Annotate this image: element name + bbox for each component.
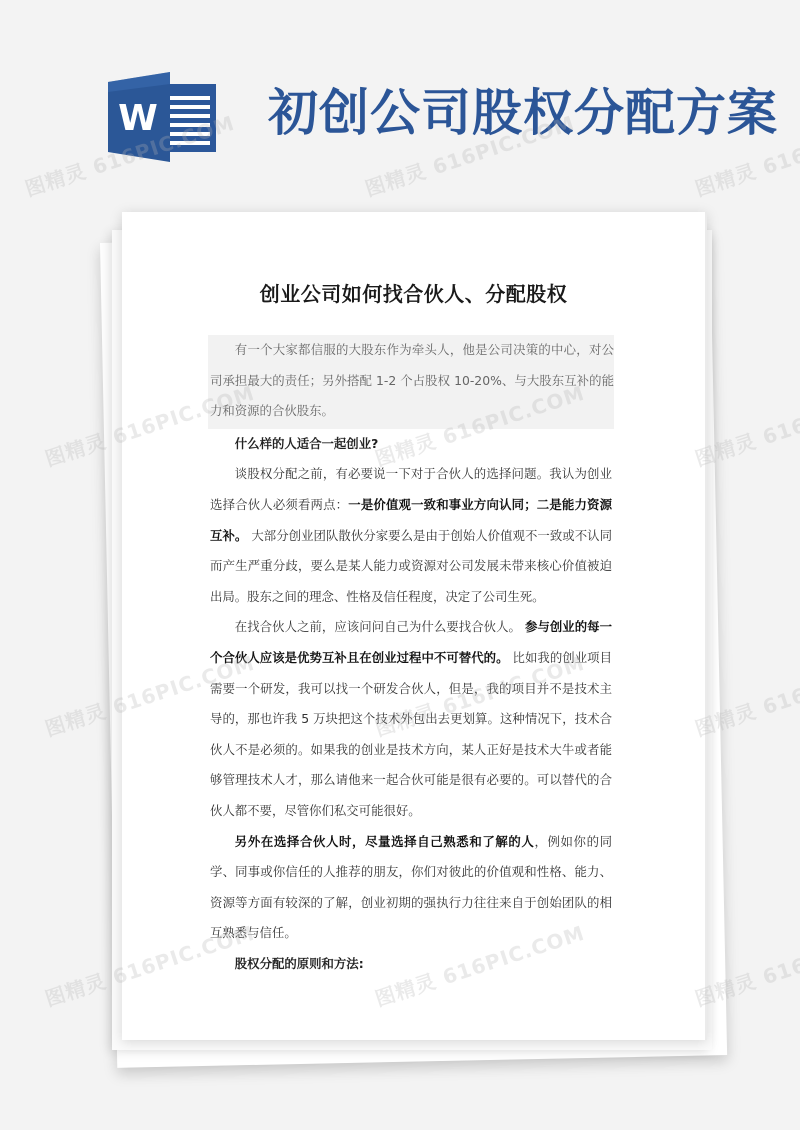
- section-heading-equity: 股权分配的原则和方法:: [210, 949, 612, 980]
- text-span: 大部分创业团队散伙分家要么是由于创始人价值观不一致或不认同而产生严重分歧，要么是…: [210, 528, 612, 604]
- paragraph-familiar-people: 另外在选择合伙人时，尽量选择自己熟悉和了解的人，例如你的同学、同事或你信任的人推…: [210, 827, 612, 949]
- text-span: 在找合伙人之前，应该问问自己为什么要找合伙人。: [235, 619, 525, 634]
- text-span: 比如我的创业项目需要一个研发，我可以找一个研发合伙人，但是，我的项目并不是技术主…: [210, 650, 612, 818]
- banner-title: 初创公司股权分配方案: [268, 78, 778, 148]
- document-page: 创业公司如何找合伙人、分配股权 有一个大家都信服的大股东作为牵头人，他是公司决策…: [122, 212, 707, 1040]
- section-heading-partners: 什么样的人适合一起创业?: [210, 429, 612, 460]
- paragraph-partner-selection: 谈股权分配之前，有必要说一下对于合伙人的选择问题。我认为创业选择合伙人必须看两点…: [210, 459, 612, 612]
- header: W 初创公司股权分配方案: [0, 0, 800, 180]
- svg-text:W: W: [118, 98, 158, 139]
- document-body: 有一个大家都信服的大股东作为牵头人，他是公司决策的中心，对公司承担最大的责任；另…: [210, 335, 612, 979]
- intro-highlight-block: 有一个大家都信服的大股东作为牵头人，他是公司决策的中心，对公司承担最大的责任；另…: [208, 335, 614, 429]
- bold-text: 另外在选择合伙人时，尽量选择自己熟悉和了解的人: [235, 834, 535, 849]
- intro-paragraph: 有一个大家都信服的大股东作为牵头人，他是公司决策的中心，对公司承担最大的责任；另…: [210, 335, 614, 427]
- paragraph-why-partner: 在找合伙人之前，应该问问自己为什么要找合伙人。 参与创业的每一个合伙人应该是优势…: [210, 612, 612, 826]
- word-icon: W: [108, 72, 216, 162]
- document-title: 创业公司如何找合伙人、分配股权: [122, 278, 705, 307]
- text-span: ，例如你的同学、同事或你信任的人推荐的朋友，你们对彼此的价值观和性格、能力、资源…: [210, 834, 612, 941]
